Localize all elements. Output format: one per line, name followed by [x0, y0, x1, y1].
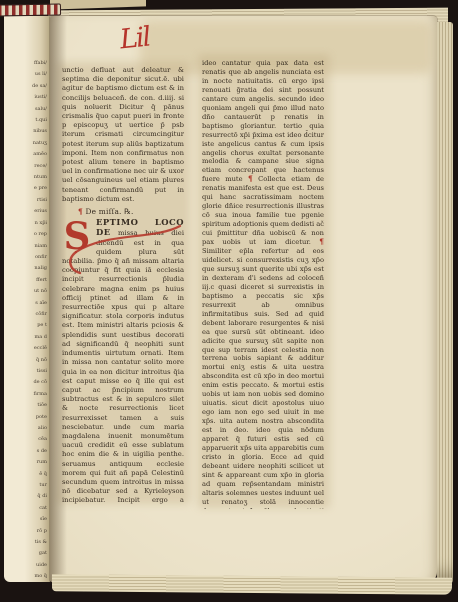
pilcrow-icon: ¶ [319, 237, 324, 246]
segment-collecta: Collecta etiam de renatis manifesta est … [202, 175, 324, 246]
text-fragment: sīe [4, 514, 47, 525]
quire-signature-mark: Lil [119, 23, 151, 56]
text-fragment: de cō [4, 377, 47, 388]
text-fragment: uide [4, 560, 47, 571]
facing-page-text-fragments: ffabi/us li/de sa/iusti/salu/t.quinibusn… [4, 16, 50, 582]
text-fragment: rum [4, 457, 47, 468]
text-fragment: q̄ nō [4, 355, 47, 366]
text-fragment: mo q̄ [4, 571, 47, 582]
text-fragment: cēa [4, 434, 47, 445]
text-fragment: o rep [4, 229, 47, 240]
text-fragment: ut nō [4, 286, 47, 297]
book-bottom-page-edges [52, 574, 452, 594]
text-fragment: cat [4, 503, 47, 514]
text-fragment: tiōe [4, 400, 47, 411]
text-fragment: tissi [4, 366, 47, 377]
text-fragment: pe t [4, 320, 47, 331]
left-text-column: unctio defluat aut deleatur & septima di… [62, 66, 184, 504]
paragraph-septimo: SEPTIMO LOCO DE missa huius diei dicendū… [62, 218, 184, 504]
pilcrow-icon: ¶ [78, 207, 83, 216]
text-fragment: ecclē [4, 343, 47, 354]
text-fragment: rō p [4, 526, 47, 537]
right-column-flow: ideo cantatur quia pax data est renatis … [202, 59, 324, 509]
text-fragment: de sa/ [4, 81, 47, 92]
text-fragment: ē q̄ [4, 469, 47, 480]
text-fragment: erius [4, 206, 47, 217]
incunabulum-photo: ffabi/us li/de sa/iusti/salu/t.quinibusn… [0, 0, 458, 602]
text-fragment: amēo [4, 149, 47, 160]
rubric-de-missa: ¶ De miſſa. ℞. [78, 207, 184, 216]
segment-epistola: Similiter ep̄la refertur ad eos uidelice… [202, 247, 324, 509]
text-fragment: us li/ [4, 69, 47, 80]
text-fragment: niam [4, 241, 47, 252]
book-page: Lil unctio defluat aut deleatur & septim… [50, 16, 437, 582]
text-fragment: ntum [4, 172, 47, 183]
facing-page-edge: ffabi/us li/de sa/iusti/salu/t.quinibusn… [4, 16, 50, 582]
text-fragment: ffert [4, 275, 47, 286]
text-fragment: n xp̄i [4, 218, 47, 229]
text-fragment: ffabi/ [4, 58, 47, 69]
text-fragment: firma [4, 389, 47, 400]
text-fragment: pote [4, 412, 47, 423]
decorated-initial-S: S [62, 220, 92, 255]
book-fore-edge [437, 22, 453, 584]
text-fragment: onfir [4, 252, 47, 263]
segment-angels: ideo cantatur quia pax data est renatis … [202, 59, 324, 183]
text-fragment: rece/ [4, 161, 47, 172]
rubric-label: De miſſa. ℞. [86, 207, 134, 216]
cover-board-edge [50, 0, 146, 10]
text-fragment: iusti/ [4, 92, 47, 103]
paragraph-confirmation: unctio defluat aut deleatur & septima di… [62, 66, 184, 204]
paragraph-septimo-text: missa huius diei dicendū est in qua quid… [62, 229, 184, 504]
text-fragment: q̄ di [4, 491, 47, 502]
text-fragment: salu/ [4, 104, 47, 115]
right-text-column: ideo cantatur quia pax data est renatis … [202, 59, 324, 509]
spine-headband [0, 3, 61, 16]
text-fragment: natuʒ [4, 138, 47, 149]
text-fragment: tur [4, 480, 47, 491]
text-fragment: cōfir [4, 309, 47, 320]
text-fragment: rtisi [4, 195, 47, 206]
text-fragment: s aīe [4, 298, 47, 309]
text-fragment: tis & [4, 537, 47, 548]
text-fragment: e pre [4, 183, 47, 194]
text-fragment: gat [4, 548, 47, 559]
text-fragment: alio [4, 423, 47, 434]
text-fragment: nibus [4, 126, 47, 137]
text-fragment: t.qui [4, 115, 47, 126]
text-fragment: nalig [4, 263, 47, 274]
text-fragment: ma d [4, 332, 47, 343]
text-fragment: s de [4, 446, 47, 457]
